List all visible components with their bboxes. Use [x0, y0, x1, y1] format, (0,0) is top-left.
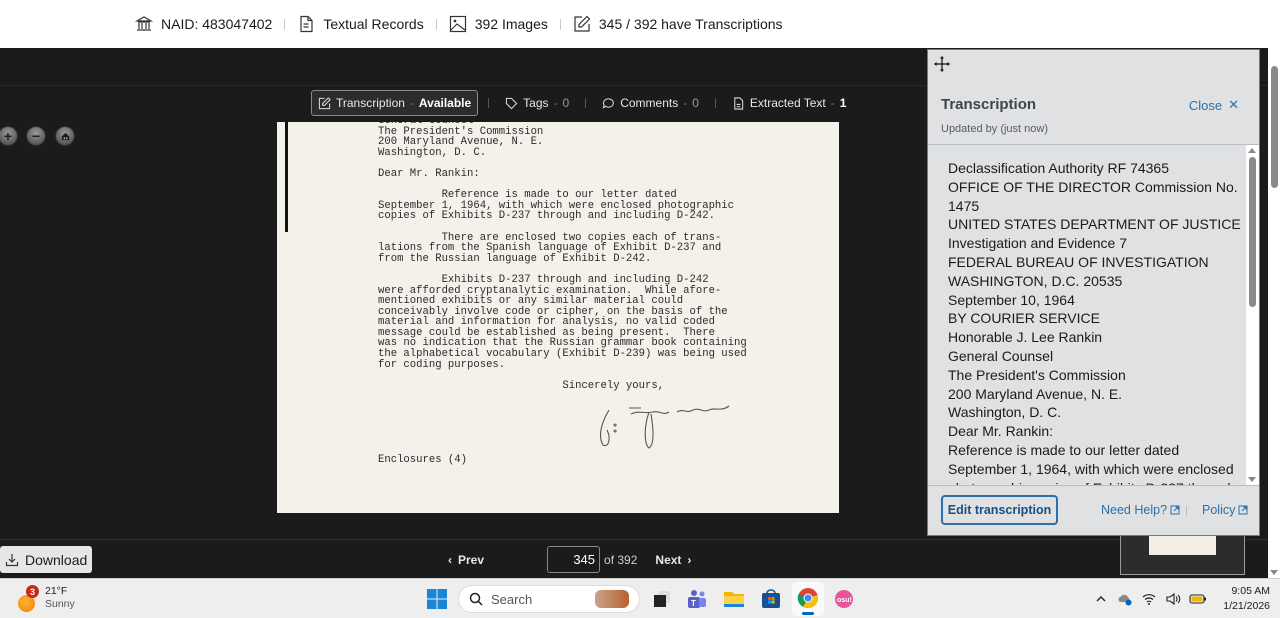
transcription-panel: Transcription Close ✕ Updated by (just n… [927, 49, 1260, 536]
page-number-input[interactable] [547, 546, 600, 573]
record-metadata-bar: NAID: 483047402 Textual Records 392 Imag… [0, 0, 1280, 48]
tab-label: Comments [620, 96, 678, 110]
volume-icon[interactable] [1165, 591, 1181, 607]
tab-dash: - [831, 96, 835, 110]
page-thumbnail[interactable] [1120, 534, 1245, 575]
tab-value: 1 [840, 96, 847, 110]
page-scrollbar[interactable] [1268, 48, 1280, 578]
time: 9:05 AM [1223, 584, 1270, 599]
record-type-item: Textual Records [297, 15, 423, 33]
transcription-line: September 1, 1964, with which were enclo… [948, 460, 1238, 479]
image-icon [449, 15, 467, 33]
tab-value: Available [419, 96, 471, 110]
institution-icon [135, 15, 153, 33]
svg-text:osu!: osu! [837, 597, 852, 604]
clock[interactable]: 9:05 AM 1/21/2026 [1223, 584, 1270, 614]
search-placeholder: Search [491, 592, 532, 607]
transcription-line: Washington, D. C. [948, 403, 1238, 422]
taskbar-search[interactable]: Search [458, 585, 640, 613]
svg-text:T: T [691, 599, 696, 608]
naid-text: NAID: 483047402 [161, 16, 272, 32]
wifi-icon[interactable] [1141, 591, 1157, 607]
transcription-line: UNITED STATES DEPARTMENT OF JUSTICE [948, 215, 1238, 234]
download-label: Download [25, 552, 87, 568]
need-help-link[interactable]: Need Help? [1101, 503, 1180, 517]
notification-badge: 3 [26, 585, 39, 598]
transcription-line: FEDERAL BUREAU OF INVESTIGATION [948, 253, 1238, 272]
transcription-line: Investigation and Evidence 7 [948, 234, 1238, 253]
weather-condition: Sunny [45, 598, 75, 611]
transcription-line: Declassification Authority RF 74365 [948, 159, 1238, 178]
transcription-line: photographic copies of Exhibits D-237 th… [948, 479, 1238, 486]
minus-icon: − [32, 129, 40, 143]
weather-widget[interactable]: 3 21°F Sunny [18, 585, 75, 612]
images-text: 392 Images [475, 16, 548, 32]
plus-icon: + [4, 129, 12, 143]
transcription-line: 200 Maryland Avenue, N. E. [948, 385, 1238, 404]
tab-label: Transcription [336, 96, 405, 110]
transcriptions-text: 345 / 392 have Transcriptions [599, 16, 783, 32]
chevron-up-icon[interactable] [1093, 591, 1109, 607]
tab-extracted-text[interactable]: Extracted Text - 1 [726, 90, 853, 116]
close-label: Close [1189, 98, 1222, 113]
help-label: Need Help? [1101, 503, 1167, 517]
updated-by-text: Updated by (just now) [941, 123, 1048, 135]
search-highlight-icon [595, 590, 629, 608]
thumbnail-page [1149, 535, 1216, 555]
close-icon: ✕ [1228, 97, 1239, 113]
chrome-icon [797, 587, 819, 609]
tab-value: 0 [563, 96, 570, 110]
transcription-line: WASHINGTON, D.C. 20535 [948, 272, 1238, 291]
windows-start-icon[interactable] [426, 588, 448, 610]
page-total: of 392 [604, 553, 637, 567]
scroll-up-arrow[interactable] [1248, 148, 1256, 153]
tab-value: 0 [692, 96, 699, 110]
scrollbar[interactable] [1246, 145, 1259, 485]
task-view-icon[interactable] [651, 588, 673, 610]
transcription-line: Reference is made to our letter dated [948, 441, 1238, 460]
file-icon [732, 97, 745, 110]
divider [284, 19, 285, 30]
divider [585, 98, 586, 108]
transcription-scroll-area[interactable]: Declassification Authority RF 74365OFFIC… [928, 144, 1259, 486]
external-link-icon [1170, 505, 1180, 515]
scroll-down-arrow[interactable] [1248, 477, 1256, 482]
viewer-tabs: Transcription - Available Tags - 0 Comme… [311, 90, 852, 116]
comment-icon [602, 97, 615, 110]
zoom-in-button[interactable]: + [0, 126, 18, 146]
external-link-icon [1238, 505, 1248, 515]
tab-transcription[interactable]: Transcription - Available [311, 90, 478, 116]
prev-button[interactable]: ‹Prev [448, 553, 484, 567]
microsoft-store-icon[interactable] [760, 588, 782, 610]
download-icon [5, 553, 19, 567]
search-icon [469, 592, 483, 606]
tab-dash: - [554, 96, 558, 110]
home-icon [60, 131, 71, 142]
chevron-right-icon: › [687, 553, 691, 567]
divider [488, 98, 489, 108]
transcription-line: The President's Commission [948, 366, 1238, 385]
transcription-line: Dear Mr. Rankin: [948, 422, 1238, 441]
windows-taskbar: 3 21°F Sunny Search T osu! 9:05 AM 1/21/… [0, 578, 1280, 618]
next-button[interactable]: Next› [655, 553, 691, 567]
signature-image [589, 400, 754, 450]
chevron-left-icon: ‹ [448, 553, 452, 567]
page-navigation: ‹Prev of 392 Next› [448, 546, 691, 573]
transcription-line: General Counsel [948, 347, 1238, 366]
move-icon[interactable] [933, 55, 951, 73]
images-item: 392 Images [449, 15, 548, 33]
scrollbar-thumb[interactable] [1249, 157, 1256, 307]
active-indicator [802, 612, 814, 615]
document-image[interactable]: General Counsel The President's Commissi… [277, 122, 839, 513]
transcription-line: September 10, 1964 [948, 291, 1238, 310]
document-icon [297, 15, 315, 33]
panel-title: Transcription [941, 96, 1036, 113]
divider [436, 19, 437, 30]
edit-icon [573, 15, 591, 33]
divider [715, 98, 716, 108]
page-scrollbar-thumb[interactable] [1271, 66, 1278, 188]
osu-icon[interactable]: osu! [833, 588, 855, 610]
divider [1186, 506, 1187, 516]
page-edge [285, 122, 288, 232]
tab-tags[interactable]: Tags - 0 [499, 90, 575, 116]
transcription-line: OFFICE OF THE DIRECTOR Commission No. [948, 178, 1238, 197]
next-label: Next [655, 553, 681, 567]
divider [560, 19, 561, 30]
battery-icon[interactable] [1189, 591, 1207, 607]
edit-icon [318, 97, 331, 110]
weather-temp: 21°F [45, 585, 75, 598]
tab-label: Extracted Text [750, 96, 826, 110]
date: 1/21/2026 [1223, 599, 1270, 614]
home-button[interactable] [55, 126, 75, 146]
record-type-text: Textual Records [323, 16, 423, 32]
prev-label: Prev [458, 553, 484, 567]
chrome-taskbar-button[interactable] [792, 582, 824, 616]
edit-transcription-button[interactable]: Edit transcription [941, 495, 1058, 525]
onedrive-icon[interactable] [1117, 591, 1133, 607]
system-tray: 9:05 AM 1/21/2026 [1089, 579, 1280, 618]
transcription-line: 1475 [948, 197, 1238, 216]
tab-label: Tags [523, 96, 548, 110]
scroll-down-arrow[interactable] [1270, 570, 1278, 575]
policy-label: Policy [1202, 503, 1235, 517]
transcriptions-item: 345 / 392 have Transcriptions [573, 15, 783, 33]
tab-dash: - [410, 96, 414, 110]
close-button[interactable]: Close ✕ [1189, 97, 1239, 113]
divider [0, 539, 1268, 540]
transcription-line: Honorable J. Lee Rankin [948, 328, 1238, 347]
transcription-line: BY COURIER SERVICE [948, 309, 1238, 328]
download-button[interactable]: Download [0, 546, 92, 573]
transcription-text: Declassification Authority RF 74365OFFIC… [948, 159, 1238, 486]
naid-item: NAID: 483047402 [135, 15, 272, 33]
tab-dash: - [683, 96, 687, 110]
zoom-out-button[interactable]: − [26, 126, 46, 146]
tab-comments[interactable]: Comments - 0 [596, 90, 705, 116]
file-explorer-icon[interactable] [723, 588, 745, 610]
teams-icon[interactable]: T [686, 588, 708, 610]
sun-icon: 3 [18, 595, 35, 612]
tag-icon [505, 97, 518, 110]
policy-link[interactable]: Policy [1202, 503, 1248, 517]
